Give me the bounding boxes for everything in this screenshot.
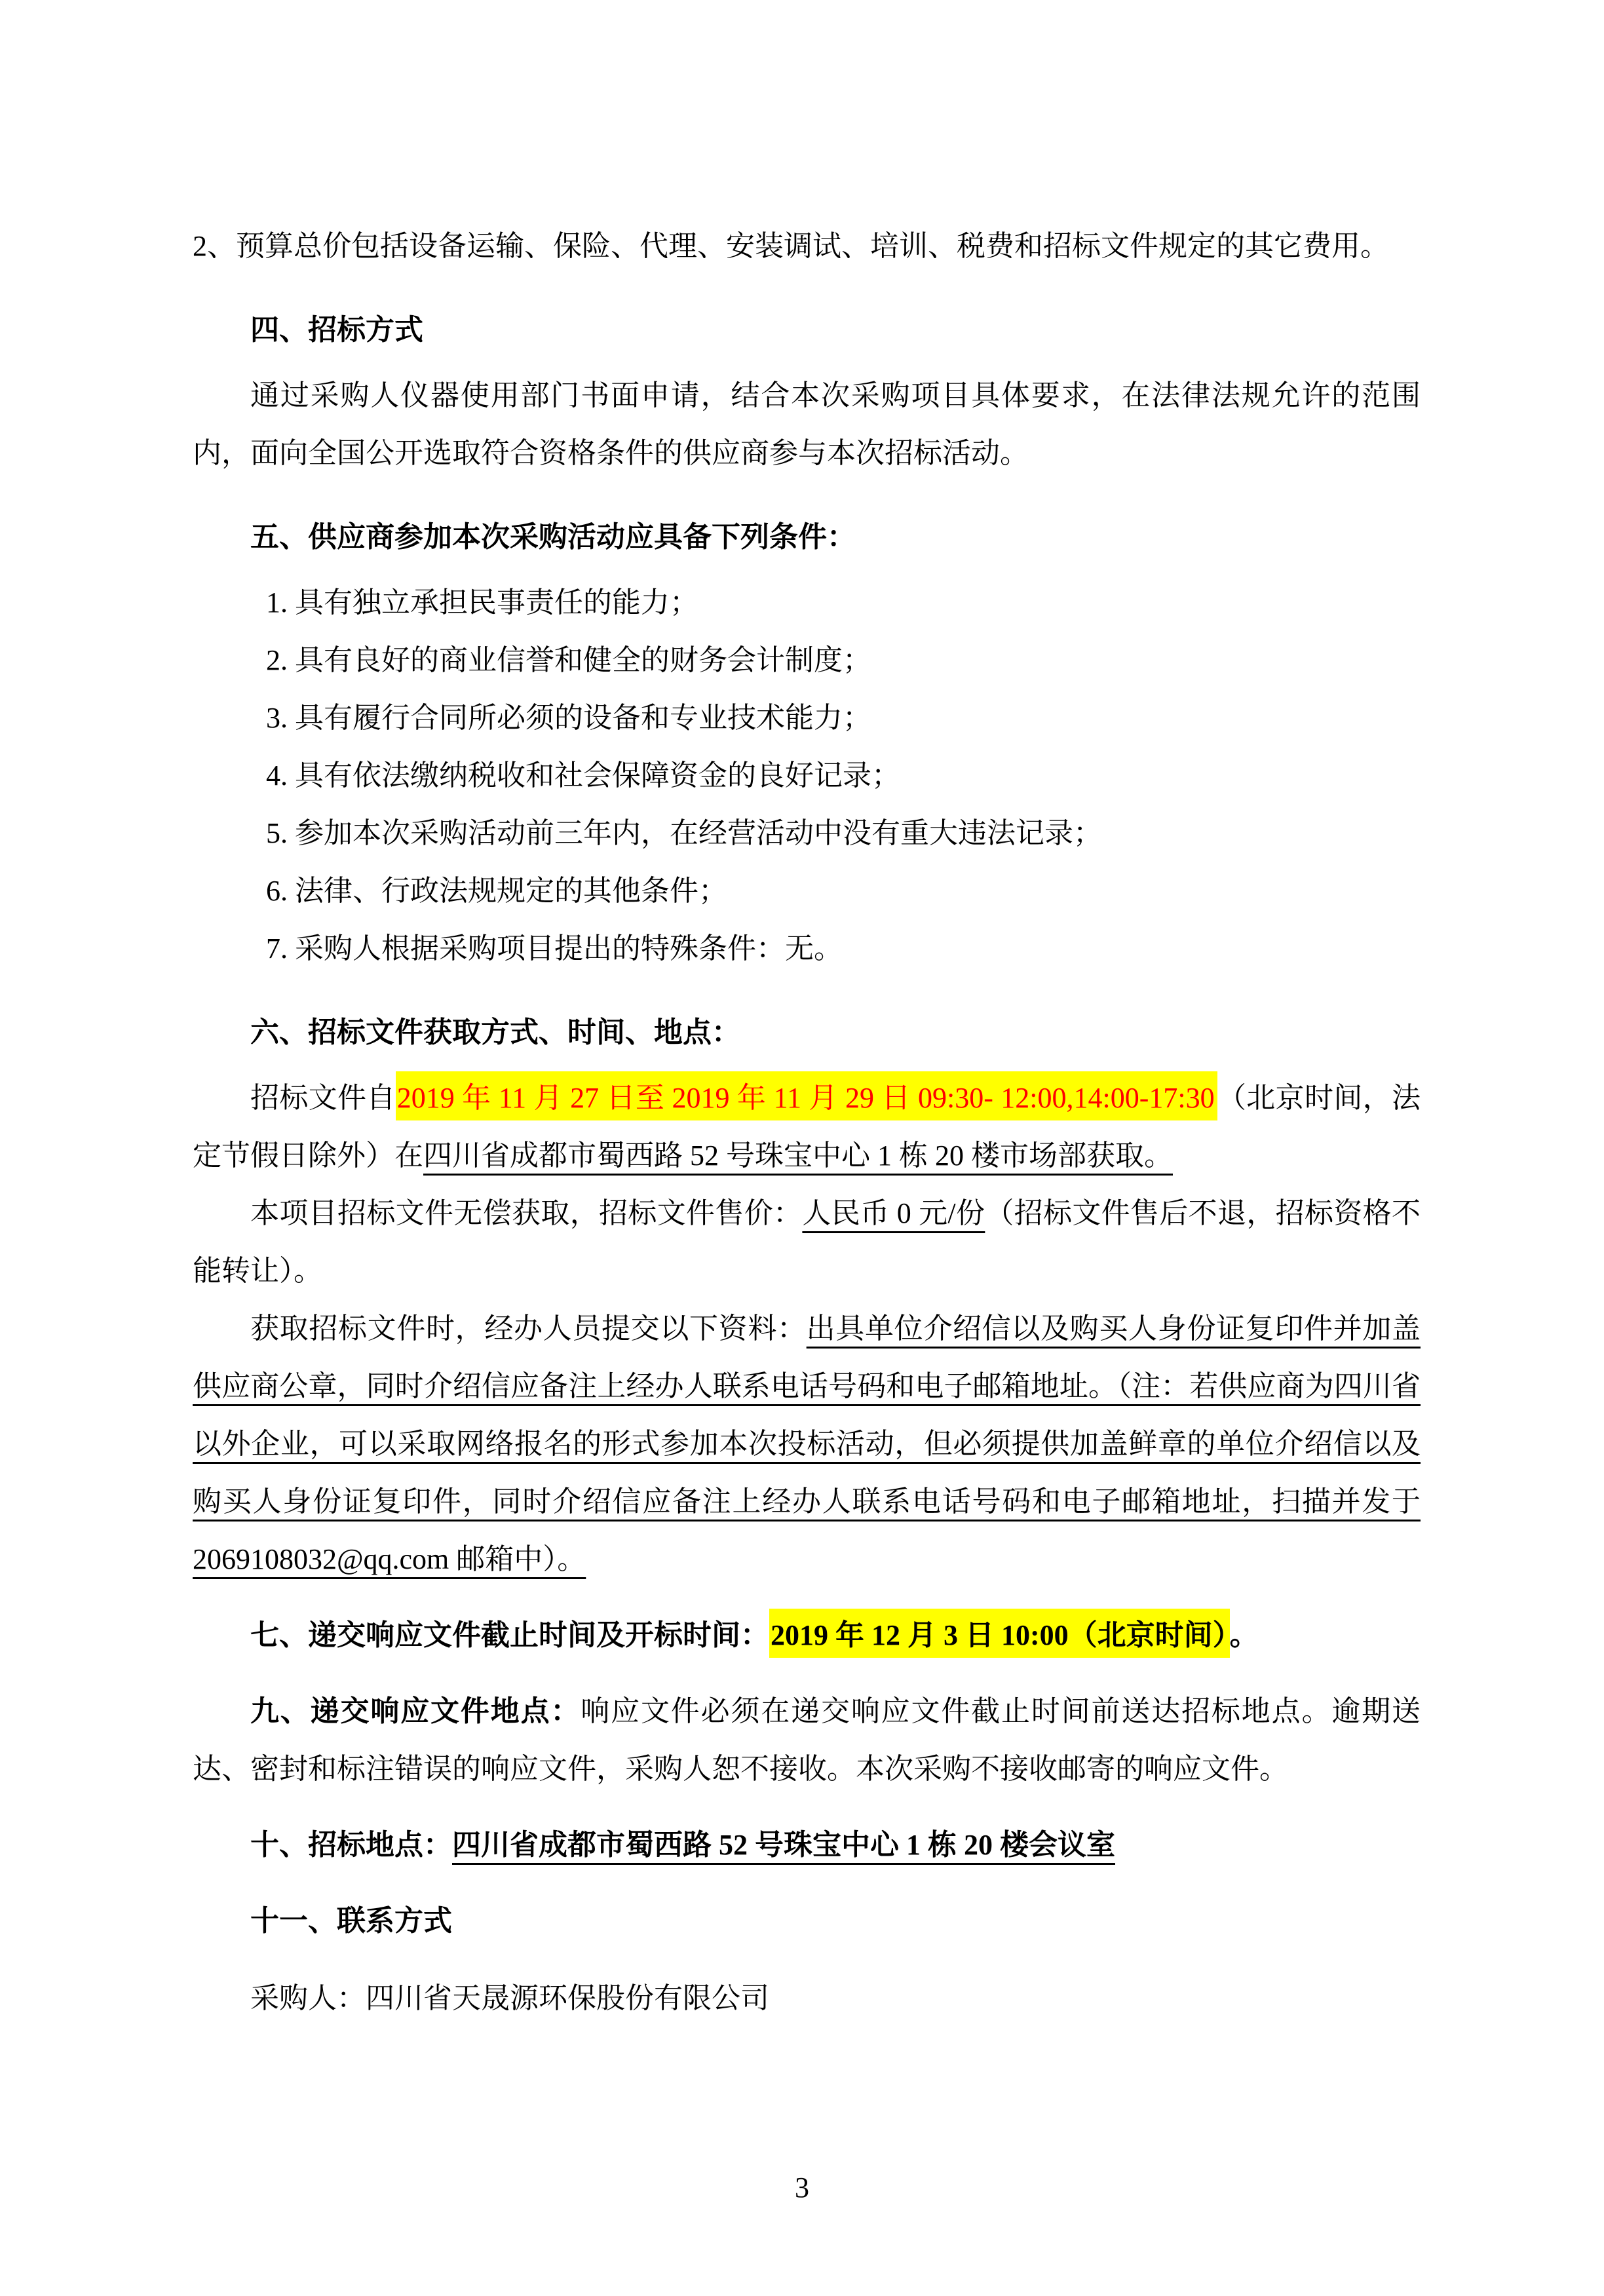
price-underline: 人民币 0 元/份 [802,1197,985,1229]
list-item: 2. 具有良好的商业信誉和健全的财务会计制度； [193,632,1421,689]
deadline-label: 七、递交响应文件截止时间及开标时间： [250,1619,769,1651]
document-page: 2、预算总价包括设备运输、保险、代理、安装调试、培训、税费和招标文件规定的其它费… [0,0,1604,2296]
obtain-time-highlight: 2019 年 11 月 27 日至 2019 年 11 月 29 日 09:30… [396,1071,1217,1120]
list-item: 4. 具有依法缴纳税收和社会保障资金的良好记录； [193,747,1421,805]
list-item: 3. 具有履行合同所必须的设备和专业技术能力； [193,689,1421,747]
delivery-place-label: 九、递交响应文件地点： [250,1695,581,1727]
paragraph-obtain-time: 招标文件自2019 年 11 月 27 日至 2019 年 11 月 29 日 … [193,1069,1421,1185]
heading-section11: 十一、联系方式 [193,1892,1421,1950]
bid-place-label: 十、招标地点： [250,1829,452,1861]
paragraph-materials: 获取招标文件时，经办人员提交以下资料：出具单位介绍信以及购买人身份证复印件并加盖… [193,1300,1421,1588]
list-item: 5. 参加本次采购活动前三年内，在经营活动中没有重大违法记录； [193,805,1421,862]
heading-section6: 六、招标文件获取方式、时间、地点： [193,1004,1421,1062]
price-prefix: 本项目招标文件无偿获取，招标文件售价： [250,1197,802,1229]
paragraph-budget: 2、预算总价包括设备运输、保险、代理、安装调试、培训、税费和招标文件规定的其它费… [193,218,1421,275]
page-number: 3 [0,2172,1604,2204]
paragraph-purchaser: 采购人：四川省天晟源环保股份有限公司 [193,1970,1421,2027]
obtain-time-prefix: 招标文件自 [250,1082,396,1114]
materials-prefix: 获取招标文件时，经办人员提交以下资料： [250,1312,807,1345]
heading-section9: 九、递交响应文件地点：响应文件必须在递交响应文件截止时间前送达招标地点。逾期送达… [193,1683,1421,1798]
document-content: 2、预算总价包括设备运输、保险、代理、安装调试、培训、税费和招标文件规定的其它费… [193,218,1421,2027]
obtain-place-underline: 四川省成都市蜀西路 52 号珠宝中心 1 栋 20 楼市场部获取。 [423,1139,1173,1172]
list-item: 6. 法律、行政法规规定的其他条件； [193,862,1421,920]
list-item: 7. 采购人根据采购项目提出的特殊条件：无。 [193,920,1421,978]
list-item: 1. 具有独立承担民事责任的能力； [193,574,1421,632]
heading-section5: 五、供应商参加本次采购活动应具备下列条件： [193,508,1421,566]
bid-place-underline: 四川省成都市蜀西路 52 号珠宝中心 1 栋 20 楼会议室 [452,1829,1115,1861]
heading-section4: 四、招标方式 [193,301,1421,359]
materials-underline: 出具单位介绍信以及购买人身份证复印件并加盖供应商公章，同时介绍信应备注上经办人联… [193,1312,1421,1575]
paragraph-section4: 通过采购人仪器使用部门书面申请，结合本次采购项目具体要求，在法律法规允许的范围内… [193,367,1421,482]
deadline-highlight: 2019 年 12 月 3 日 10:00（北京时间） [769,1609,1230,1658]
deadline-suffix: 。 [1230,1619,1259,1651]
paragraph-price: 本项目招标文件无偿获取，招标文件售价：人民币 0 元/份（招标文件售后不退，招标… [193,1185,1421,1300]
heading-section10: 十、招标地点：四川省成都市蜀西路 52 号珠宝中心 1 栋 20 楼会议室 [193,1816,1421,1874]
heading-section7: 七、递交响应文件截止时间及开标时间：2019 年 12 月 3 日 10:00（… [193,1607,1421,1664]
